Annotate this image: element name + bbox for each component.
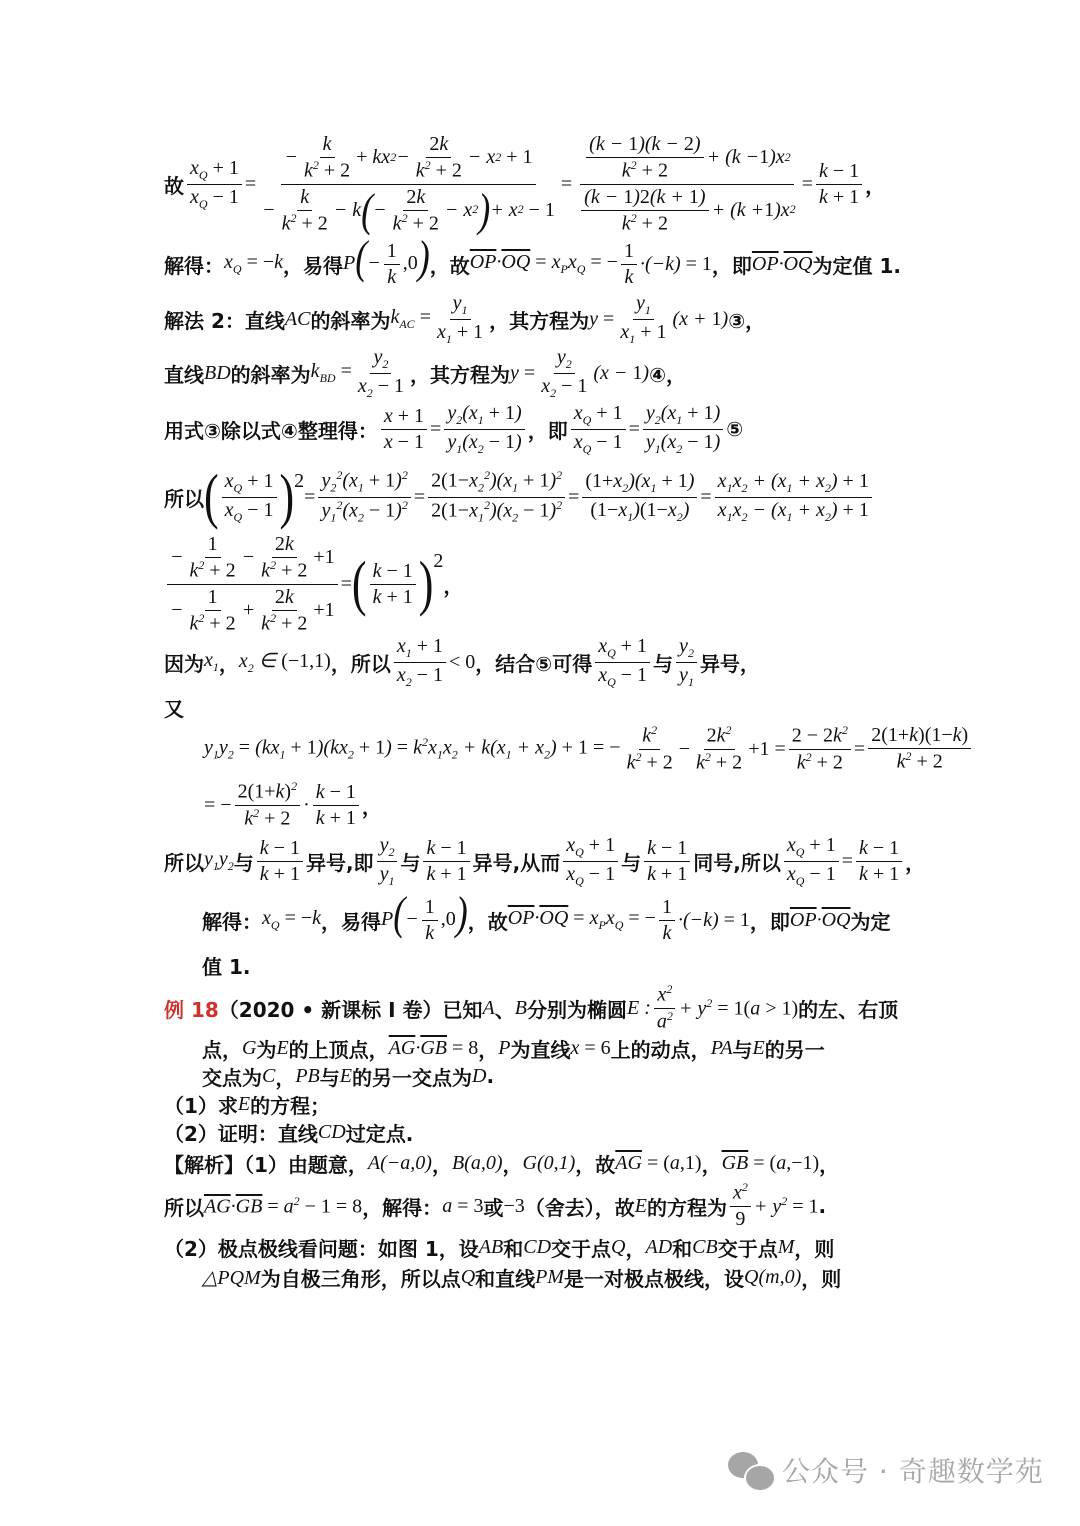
math: PA <box>711 1037 733 1060</box>
method2-line-k: −1k2 + 2−2kk2 + 2+1 −1k2 + 2+2kk2 + 2+1 … <box>164 536 463 632</box>
solution-part1-line1: 【解析】（1）由题意， A(−a,0) ， B(a,0) ， G(0,1) ，故… <box>164 1148 839 1178</box>
text: 因为 <box>164 648 204 677</box>
text: ， <box>478 1034 498 1063</box>
text: ，易得 <box>283 250 343 279</box>
text: ，故 <box>575 1149 615 1178</box>
fraction-rhs: k − 1 k + 1 <box>816 160 862 209</box>
text: 异号,从而 <box>473 847 561 876</box>
math: PB <box>295 1065 319 1088</box>
text: （2）证明：直线 <box>164 1118 318 1147</box>
question-2: （2）证明：直线 CD 过定点. <box>164 1118 413 1146</box>
example-label: 例 18 <box>164 994 219 1023</box>
math: E <box>276 1037 288 1060</box>
fraction-mid1: −kk2 + 2+ kx2 −2kk2 + 2− x2 + 1 −kk2 + 2… <box>259 133 558 235</box>
text: ，所以 <box>331 648 391 677</box>
method2-line-same-sign: 所以 y1y2 与 k − 1k + 1 异号,即 y2y1 与 k − 1k … <box>164 834 925 888</box>
text: ，即 <box>528 415 568 444</box>
method2-line-divide: 用式③除以式④整理得： x + 1x − 1= y2(x1 + 1)y1(x2 … <box>164 402 743 456</box>
text: ， <box>219 648 239 677</box>
text: 的斜率为 <box>231 359 311 388</box>
text: ，解得： <box>362 1192 442 1221</box>
math: Q <box>461 1266 475 1289</box>
text: 直线 <box>164 359 204 388</box>
watermark-text: 公众号 · 奇趣数学苑 <box>782 1450 1044 1490</box>
text: 又 <box>164 693 184 722</box>
math: CD <box>318 1121 346 1144</box>
text: ， <box>819 1149 839 1178</box>
math: AB <box>479 1236 503 1259</box>
wechat-icon <box>728 1450 774 1490</box>
math: AD <box>645 1236 672 1259</box>
text: 解法 2：直线 <box>164 305 285 334</box>
text: 【解析】（1）由题意， <box>164 1149 368 1178</box>
conclusion-line: 解得： xQ = −k ，易得 P(−1k,0) ，故 OP·OQ = xPxQ… <box>164 238 901 290</box>
text: 所以 <box>164 1192 204 1221</box>
text: 的另一交点为 <box>352 1062 472 1091</box>
method2-line-square: 所以 (xQ + 1xQ − 1)2 = y22(x1 + 1)2y12(x2 … <box>164 464 875 530</box>
fraction-lhs: xQ + 1 xQ − 1 <box>187 157 242 212</box>
text: 为定值 1. <box>812 250 900 279</box>
text: ，即 <box>712 250 752 279</box>
method2-conclusion-cont: 值 1. <box>202 950 250 980</box>
text: ，则 <box>801 1263 841 1292</box>
math: G(0,1) <box>523 1152 576 1175</box>
text: ，则 <box>794 1233 834 1262</box>
question-1: （1）求 E 的方程； <box>164 1090 330 1118</box>
text: 异号,即 <box>306 847 374 876</box>
text: 同号,所以 <box>693 847 781 876</box>
text: （2）极点极线看问题：如图 1，设 <box>164 1233 479 1262</box>
text: 为直线 <box>511 1034 571 1063</box>
text: 和 <box>503 1233 523 1262</box>
text: 的方程； <box>250 1090 330 1119</box>
method2-line-also: 又 <box>164 692 184 722</box>
solution-part2-line1: （2）极点极线看问题：如图 1，设 AB 和 CD 交于点 Q ， AD 和 C… <box>164 1232 834 1262</box>
math: C <box>262 1065 275 1088</box>
math: B <box>515 997 527 1020</box>
math: A <box>483 997 495 1020</box>
solution-part2-line2: △PQM 为自极三角形，所以点 Q 和直线 PM 是一对极点极线，设 Q(m,0… <box>202 1262 841 1292</box>
text: 的上顶点， <box>289 1034 389 1063</box>
text: ， <box>275 1062 295 1091</box>
text: . <box>486 1064 494 1088</box>
text: 故 <box>164 170 184 199</box>
text: 为 <box>256 1034 276 1063</box>
method2-line-bd: 直线 BD 的斜率为 kBD =y2x2 − 1 ，其方程为 y =y2x2 −… <box>164 348 686 398</box>
watermark: 公众号 · 奇趣数学苑 <box>728 1450 1044 1490</box>
text: 值 1. <box>202 951 250 980</box>
text: ， <box>503 1149 523 1178</box>
text: 的斜率为 <box>310 305 390 334</box>
text: 和 <box>672 1233 692 1262</box>
text: ④， <box>649 359 686 388</box>
math: M <box>778 1236 795 1259</box>
equation-line-ratio: 故 xQ + 1 xQ − 1 = −kk2 + 2+ kx2 −2kk2 + … <box>164 132 885 236</box>
text: ，故 <box>468 906 508 935</box>
math: CD <box>523 1236 551 1259</box>
math: AC <box>285 308 311 331</box>
text: . <box>819 1194 827 1218</box>
text: 的左、右顶 <box>798 994 898 1023</box>
math: A(−a,0) <box>368 1152 432 1175</box>
text: ，故 <box>430 250 470 279</box>
method2-line-sign: 因为 x1 ， x2 ∈ (−1,1) ，所以 x1 + 1x2 − 1< 0 … <box>164 636 760 688</box>
text: 解得： <box>202 906 262 935</box>
text: 为定 <box>850 906 890 935</box>
text: 与 <box>234 847 254 876</box>
text: 解得： <box>164 250 224 279</box>
text: 交于点 <box>718 1233 778 1262</box>
math: E <box>635 1195 647 1218</box>
math: Q(m,0) <box>744 1266 801 1289</box>
text: 所以 <box>164 847 204 876</box>
math: PM <box>535 1266 564 1289</box>
solution-part1-line2: 所以 AG·GB = a2 − 1 = 8 ，解得： a = 3 或 −3 （舍… <box>164 1182 826 1230</box>
text: ， <box>905 847 925 876</box>
method2-line-ac: 解法 2：直线 AC 的斜率为 kAC =y1x1 + 1 ，其方程为 y =y… <box>164 294 765 344</box>
text: 和直线 <box>475 1263 535 1292</box>
text: 用式③除以式④整理得： <box>164 415 378 444</box>
math: Q <box>611 1236 625 1259</box>
text: 的另一 <box>765 1034 825 1063</box>
method2-line-y1y2: y1y2 = (kx1 + 1)(kx2 + 1) = k2x1x2 + k(x… <box>204 722 974 776</box>
text: 交点为 <box>202 1062 262 1091</box>
text: 所以 <box>164 483 204 512</box>
fraction-mid2: (k − 1)(k − 2)k2 + 2+ (k − 1)x2 (k − 1)2… <box>575 133 799 235</box>
text: 与 <box>400 847 420 876</box>
math: D <box>472 1065 486 1088</box>
text: 与 <box>621 847 641 876</box>
text: ③， <box>728 305 765 334</box>
text: ，即 <box>750 906 790 935</box>
text: ，易得 <box>321 906 381 935</box>
text: 交于点 <box>551 1233 611 1262</box>
text: （1）求 <box>164 1090 238 1119</box>
math: −3 <box>503 1195 524 1218</box>
text: 是一对极点极线，设 <box>564 1263 744 1292</box>
math: B(a,0) <box>452 1152 503 1175</box>
math: CB <box>692 1236 718 1259</box>
text: ， <box>625 1233 645 1262</box>
text: 的方程为 <box>647 1192 727 1221</box>
text: ，其方程为 <box>489 305 589 334</box>
text: ，结合⑤可得 <box>475 648 592 677</box>
text: ⑤ <box>726 417 743 441</box>
text: 或 <box>483 1192 503 1221</box>
math: P <box>498 1037 510 1060</box>
math: E <box>340 1065 352 1088</box>
text: （2020 • 新课标 I 卷）已知 <box>219 994 483 1023</box>
text: 与 <box>320 1062 340 1091</box>
text: 与 <box>733 1034 753 1063</box>
math: E <box>238 1093 250 1116</box>
math: E <box>753 1037 765 1060</box>
text: ， <box>702 1149 722 1178</box>
example18-statement-line2: 点， G 为 E 的上顶点， AG·GB = 8 ， P 为直线 x = 6 上… <box>202 1034 825 1062</box>
text: ，其方程为 <box>410 359 510 388</box>
example18-statement-line3: 交点为 C ， PB 与 E 的另一交点为 D . <box>202 1062 494 1090</box>
text: 点， <box>202 1034 242 1063</box>
method2-conclusion: 解得： xQ = −k ，易得 P(−1k,0) ，故 OP·OQ = xPxQ… <box>202 894 890 946</box>
text: 分别为椭圆 <box>527 994 627 1023</box>
text: 异号， <box>700 648 760 677</box>
text: ， <box>362 791 382 820</box>
math: △PQM <box>202 1265 261 1290</box>
text: 、 <box>495 994 515 1023</box>
example18-statement-line1: 例 18 （2020 • 新课标 I 卷）已知 A 、 B 分别为椭圆 E :x… <box>164 986 898 1030</box>
text: （舍去），故 <box>525 1192 635 1221</box>
text: ， <box>865 170 885 199</box>
text: 上的动点， <box>611 1034 711 1063</box>
method2-line-y1y2-cont: = − 2(1+k)2k2 + 2· k − 1k + 1 ， <box>204 778 382 832</box>
text: 过定点. <box>346 1118 414 1147</box>
text: 与 <box>653 648 673 677</box>
text: ， <box>443 570 463 599</box>
text: 为自极三角形，所以点 <box>261 1263 461 1292</box>
math: G <box>242 1037 256 1060</box>
math: BD <box>204 362 231 385</box>
text: ， <box>432 1149 452 1178</box>
